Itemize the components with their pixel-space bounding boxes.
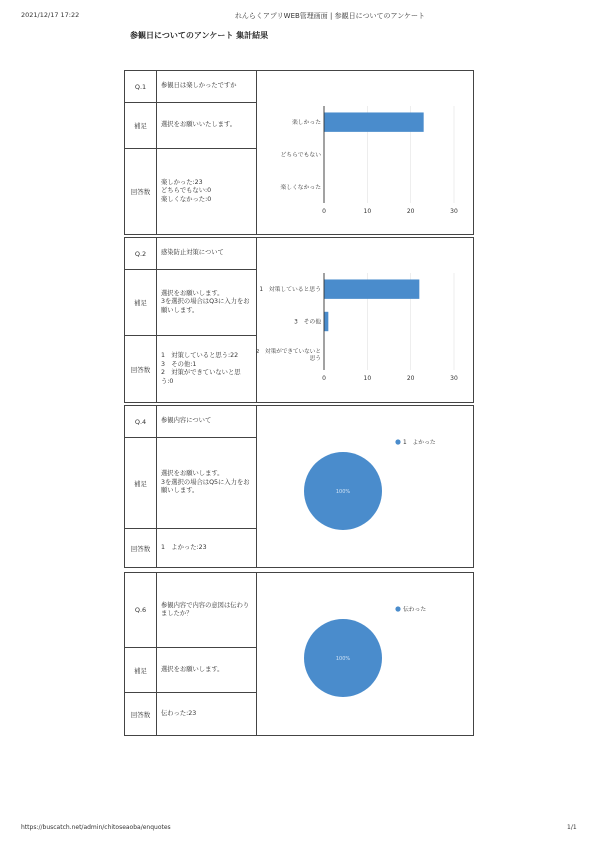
answer-count-label: 回答数 xyxy=(125,149,157,234)
svg-text:30: 30 xyxy=(450,375,458,382)
svg-text:楽しかった: 楽しかった xyxy=(292,118,321,126)
supplement-label: 補足 xyxy=(125,270,157,335)
supplement-label: 補足 xyxy=(125,438,157,528)
bar-chart-q2: 01020301 対策していると思う3 その他2 対策ができていないと思う xyxy=(257,238,473,402)
svg-text:1 対策していると思う: 1 対策していると思う xyxy=(259,285,321,293)
question-number: Q.2 xyxy=(125,238,157,269)
pie-chart-q6: 100%伝わった xyxy=(257,573,473,735)
print-page-title: れんらくアプリWEB管理画面 | 参観日についてのアンケート xyxy=(0,11,600,21)
svg-text:30: 30 xyxy=(450,208,458,215)
svg-text:2 対策ができていないと: 2 対策ができていないと xyxy=(257,347,321,355)
svg-text:0: 0 xyxy=(322,208,326,215)
question-block-q6: Q.6 参観内容で内容の意図は伝わりましたか？ 補足 選択をお願いします。 回答… xyxy=(124,572,474,736)
svg-text:100%: 100% xyxy=(336,656,351,662)
question-text: 感染防止対策について xyxy=(157,238,256,269)
question-text: 参観日は楽しかったですか xyxy=(157,71,256,102)
question-number: Q.4 xyxy=(125,406,157,437)
answer-counts: 伝わった:23 xyxy=(157,693,256,735)
answer-count-label: 回答数 xyxy=(125,529,157,567)
answer-count-label: 回答数 xyxy=(125,336,157,402)
svg-text:10: 10 xyxy=(364,375,372,382)
answer-counts: 1 対策していると思う:22 3 その他:1 2 対策ができていないと思う:0 xyxy=(157,336,256,402)
answer-counts: 楽しかった:23 どちらでもない:0 楽しくなかった:0 xyxy=(157,149,256,234)
footer-url: https://buscatch.net/admin/chitoseaoba/e… xyxy=(21,824,171,831)
supplement-label: 補足 xyxy=(125,103,157,148)
svg-text:3 その他: 3 その他 xyxy=(294,318,321,326)
svg-text:20: 20 xyxy=(407,208,415,215)
question-block-q4: Q.4 参観内容について 補足 選択をお願いします。 3を選択の場合はQ5に入力… xyxy=(124,405,474,568)
svg-text:1 よかった: 1 よかった xyxy=(403,438,436,446)
supplement-text: 選択をお願いします。 3を選択の場合はQ3に入力をお願いします。 xyxy=(157,270,256,335)
question-number: Q.6 xyxy=(125,573,157,647)
pie-chart-q4: 100%1 よかった xyxy=(257,406,473,567)
footer-page-number: 1/1 xyxy=(567,824,577,831)
answer-count-label: 回答数 xyxy=(125,693,157,735)
svg-text:20: 20 xyxy=(407,375,415,382)
question-block-q1: Q.1 参観日は楽しかったですか 補足 選択をお願いいたします。 回答数 楽しか… xyxy=(124,70,474,235)
bar-chart-q1: 0102030楽しかったどちらでもない楽しくなかった xyxy=(257,71,473,234)
svg-text:思う: 思う xyxy=(310,354,321,362)
question-text: 参観内容について xyxy=(157,406,256,437)
supplement-text: 選択をお願いします。 3を選択の場合はQ5に入力をお願いします。 xyxy=(157,438,256,528)
supplement-text: 選択をお願いいたします。 xyxy=(157,103,256,148)
svg-text:伝わった: 伝わった xyxy=(403,605,426,613)
supplement-text: 選択をお願いします。 xyxy=(157,648,256,692)
svg-text:10: 10 xyxy=(364,208,372,215)
question-block-q2: Q.2 感染防止対策について 補足 選択をお願いします。 3を選択の場合はQ3に… xyxy=(124,237,474,403)
svg-text:楽しくなかった: 楽しくなかった xyxy=(280,183,321,191)
supplement-label: 補足 xyxy=(125,648,157,692)
answer-counts: 1 よかった:23 xyxy=(157,529,256,567)
svg-text:どちらでもない: どちらでもない xyxy=(280,152,321,159)
page-title: 参観日についてのアンケート 集計結果 xyxy=(130,30,268,41)
question-number: Q.1 xyxy=(125,71,157,102)
svg-text:0: 0 xyxy=(322,375,326,382)
svg-text:100%: 100% xyxy=(336,489,351,495)
question-text: 参観内容で内容の意図は伝わりましたか？ xyxy=(157,573,256,647)
